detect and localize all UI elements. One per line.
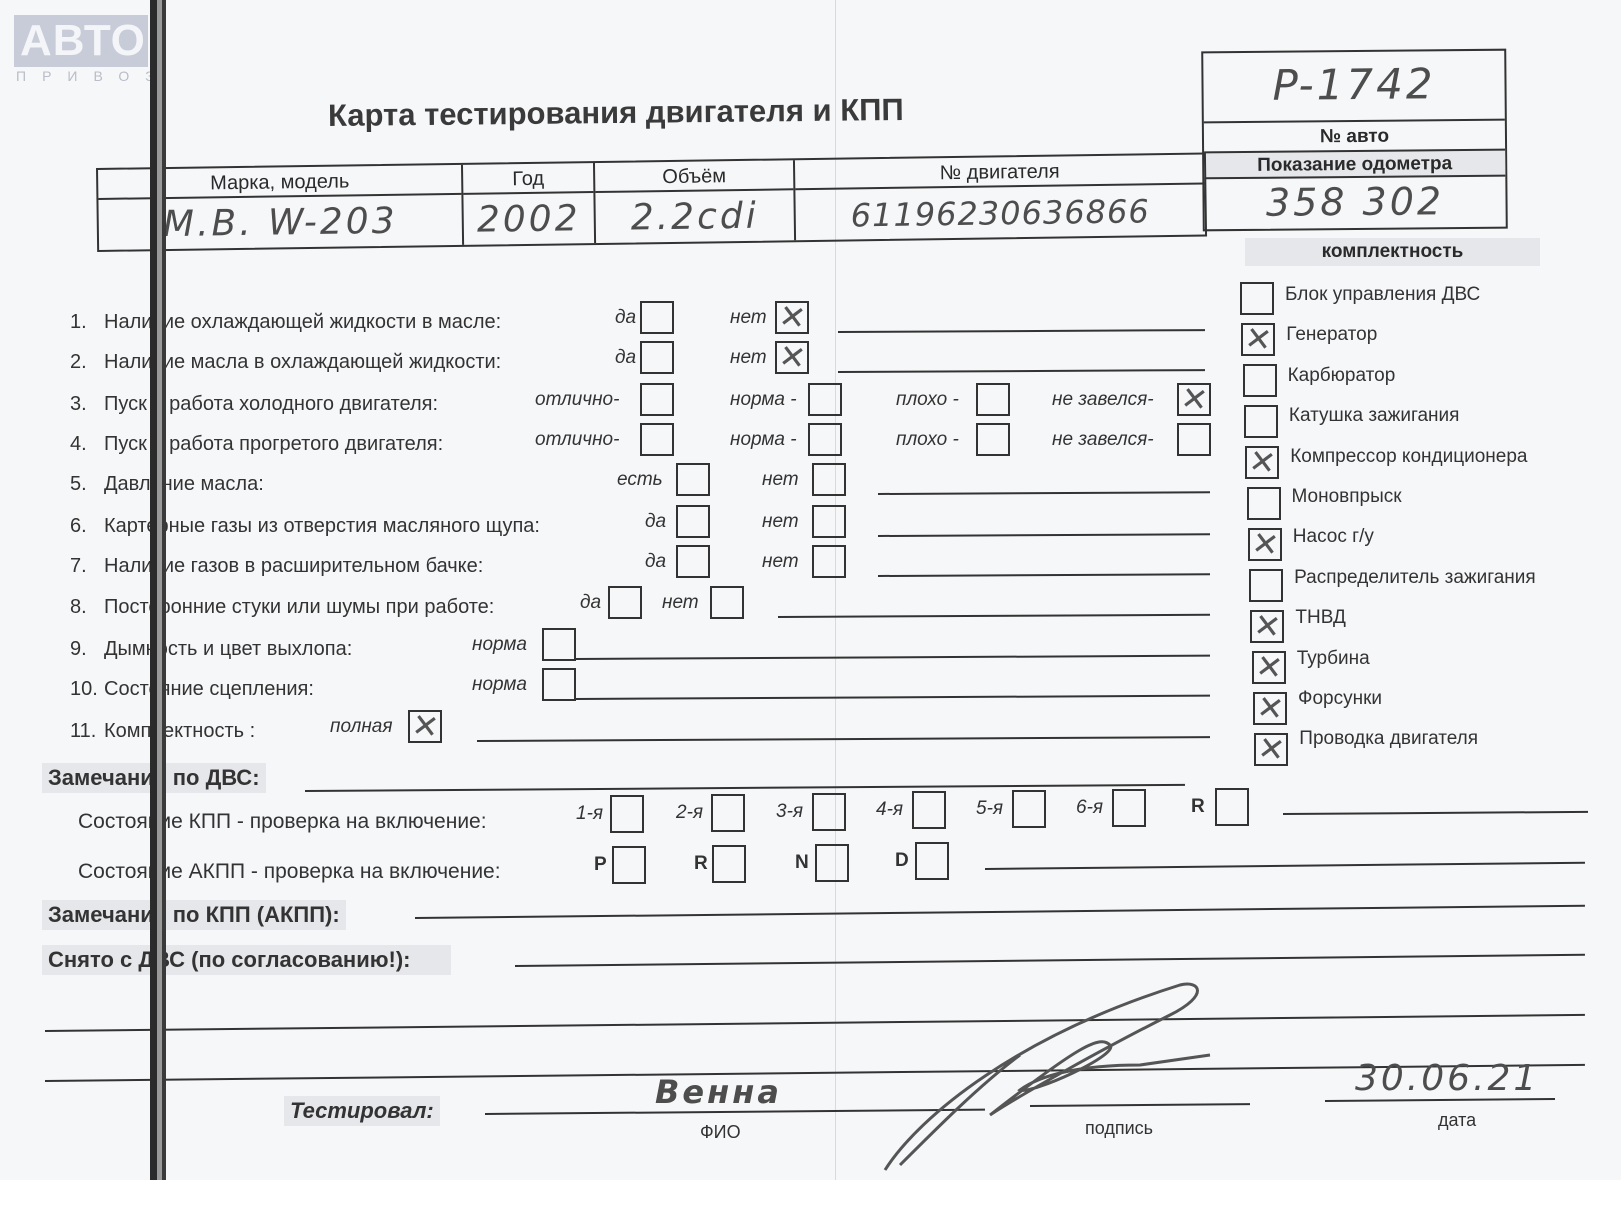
option-checkbox[interactable] bbox=[812, 463, 846, 496]
gear-label: 4-я bbox=[876, 799, 903, 821]
volume-value: 2.2cdi bbox=[595, 190, 794, 245]
signature bbox=[880, 975, 1260, 1175]
komplekt-checkbox[interactable] bbox=[1248, 528, 1282, 561]
question-number: 7. bbox=[70, 555, 104, 578]
option-label: не завелся- bbox=[1052, 389, 1154, 411]
komplekt-checkbox[interactable] bbox=[1254, 733, 1288, 766]
gear-label: P bbox=[594, 854, 607, 876]
option-label: плохо - bbox=[896, 389, 959, 411]
komplekt-item-label: Генератор bbox=[1286, 324, 1377, 346]
option-checkbox[interactable] bbox=[775, 341, 809, 374]
car-col-year: Год 2002 bbox=[463, 163, 596, 245]
notes-line[interactable] bbox=[477, 736, 1210, 742]
extra-line-1[interactable] bbox=[45, 1014, 1585, 1032]
komplekt-checkbox[interactable] bbox=[1244, 405, 1278, 438]
option-label: да bbox=[615, 347, 636, 369]
question-7: 7.Наличие газов в расширительном бачке: bbox=[70, 555, 483, 578]
question-number: 6. bbox=[70, 515, 104, 538]
question-6: 6.Картерные газы из отверстия масляного … bbox=[70, 515, 540, 538]
col-header: Объём bbox=[595, 160, 793, 193]
question-1: 1.Наличие охлаждающей жидкости в масле: bbox=[70, 311, 501, 334]
question-4: 4.Пуск и работа прогретого двигателя: bbox=[70, 433, 443, 456]
logo: АВТО bbox=[14, 15, 148, 67]
option-label: не завелся- bbox=[1052, 429, 1154, 451]
option-checkbox[interactable] bbox=[640, 341, 674, 374]
option-label: нет bbox=[662, 592, 699, 614]
option-checkbox[interactable] bbox=[812, 505, 846, 538]
remarks-kpp-label: Замечания по КПП (АКПП): bbox=[42, 900, 346, 930]
notes-line[interactable] bbox=[778, 614, 1210, 618]
option-checkbox[interactable] bbox=[710, 586, 744, 619]
odometer-value: 358 302 bbox=[1204, 179, 1505, 226]
gear-checkbox[interactable] bbox=[711, 794, 745, 832]
option-checkbox[interactable] bbox=[408, 710, 442, 743]
notes-line[interactable] bbox=[838, 369, 1205, 373]
gear-label: N bbox=[795, 852, 809, 874]
tester-name-value: Венна bbox=[655, 1073, 782, 1111]
option-checkbox[interactable] bbox=[676, 463, 710, 496]
akpp-remarks-line[interactable] bbox=[985, 862, 1585, 870]
option-checkbox[interactable] bbox=[808, 383, 842, 416]
question-number: 8. bbox=[70, 596, 104, 619]
option-label: норма - bbox=[730, 429, 797, 451]
gear-checkbox[interactable] bbox=[612, 846, 646, 884]
extra-line-2[interactable] bbox=[45, 1064, 1585, 1082]
option-checkbox[interactable] bbox=[1177, 423, 1211, 456]
gear-checkbox[interactable] bbox=[815, 844, 849, 882]
remarks-kpp-line[interactable] bbox=[415, 905, 1585, 919]
option-label: полная bbox=[330, 716, 393, 738]
komplekt-checkbox[interactable] bbox=[1249, 569, 1283, 602]
akpp-check-label: Состояние АКПП - проверка на включение: bbox=[78, 860, 501, 884]
notes-line[interactable] bbox=[878, 491, 1210, 495]
odometer-label: Показание одометра bbox=[1204, 149, 1505, 180]
gear-checkbox[interactable] bbox=[610, 795, 644, 833]
gear-checkbox[interactable] bbox=[1215, 788, 1249, 826]
question-text: Дымность и цвет выхлопа: bbox=[104, 638, 352, 660]
option-label: норма bbox=[472, 634, 527, 656]
komplekt-item-label: Распределитель зажигания bbox=[1294, 567, 1536, 589]
gear-label: D bbox=[895, 850, 909, 872]
option-checkbox[interactable] bbox=[640, 301, 674, 334]
question-5: 5.Давление масла: bbox=[70, 473, 264, 496]
komplekt-item-label: Турбина bbox=[1297, 648, 1370, 670]
question-9: 9.Дымность и цвет выхлопа: bbox=[70, 638, 352, 661]
gear-checkbox[interactable] bbox=[812, 793, 846, 831]
car-col-volume: Объём 2.2cdi bbox=[595, 160, 796, 243]
notes-line[interactable] bbox=[575, 655, 1210, 660]
option-label: нет bbox=[730, 307, 767, 329]
notes-line[interactable] bbox=[878, 533, 1210, 537]
option-checkbox[interactable] bbox=[676, 505, 710, 538]
komplekt-checkbox[interactable] bbox=[1243, 364, 1277, 397]
option-label: отлично- bbox=[535, 389, 619, 411]
binder-stripe bbox=[150, 0, 166, 1180]
komplekt-checkbox[interactable] bbox=[1245, 446, 1279, 479]
question-number: 3. bbox=[70, 393, 104, 416]
option-checkbox[interactable] bbox=[976, 423, 1010, 456]
option-label: норма - bbox=[730, 389, 797, 411]
question-text: Картерные газы из отверстия масляного щу… bbox=[104, 515, 540, 537]
logo-text: АВТО bbox=[20, 16, 146, 65]
gear-label: 5-я bbox=[976, 798, 1003, 820]
question-number: 9. bbox=[70, 638, 104, 661]
notes-line[interactable] bbox=[878, 573, 1210, 577]
komplekt-checkbox[interactable] bbox=[1253, 692, 1287, 725]
car-col-engine-number: № двигателя 61196230636866 bbox=[795, 155, 1205, 241]
page-title: Карта тестирования двигателя и КПП bbox=[328, 92, 904, 134]
komplekt-item-label: Катушка зажигания bbox=[1289, 405, 1460, 427]
engine-number-value: 61196230636866 bbox=[795, 185, 1205, 243]
option-checkbox[interactable] bbox=[542, 628, 576, 661]
question-number: 11. bbox=[70, 720, 104, 743]
auto-number-label: № авто bbox=[1204, 119, 1505, 152]
option-checkbox[interactable] bbox=[542, 668, 576, 701]
option-label: да bbox=[645, 551, 666, 573]
option-checkbox[interactable] bbox=[1177, 383, 1211, 416]
gear-label: 1-я bbox=[576, 803, 603, 825]
question-3: 3.Пуск и работа холодного двигателя: bbox=[70, 393, 438, 416]
gear-checkbox[interactable] bbox=[712, 845, 746, 883]
komplekt-item-label: Компрессор кондиционера bbox=[1290, 446, 1527, 468]
option-checkbox[interactable] bbox=[812, 545, 846, 578]
komplekt-item-label: Моновпрыск bbox=[1292, 486, 1402, 508]
komplekt-checkbox[interactable] bbox=[1247, 487, 1281, 520]
removed-from-engine-label: Снято с ДВС (по согласованию!): bbox=[42, 945, 451, 975]
logo-subtitle: ПРИВОЗ bbox=[16, 68, 170, 84]
gear-label: R bbox=[694, 853, 708, 875]
kpp-check-label: Состояние КПП - проверка на включение: bbox=[78, 810, 487, 834]
komplekt-item-label: Проводка двигателя bbox=[1299, 728, 1478, 750]
option-checkbox[interactable] bbox=[808, 423, 842, 456]
option-label: да bbox=[645, 511, 666, 533]
option-label: да bbox=[580, 592, 601, 614]
komplekt-item-label: Форсунки bbox=[1298, 688, 1382, 710]
option-label: нет bbox=[762, 469, 799, 491]
option-checkbox[interactable] bbox=[976, 383, 1010, 416]
page-margin bbox=[0, 1180, 1621, 1216]
komplektnost-header: комплектность bbox=[1245, 238, 1540, 266]
option-label: отлично- bbox=[535, 429, 619, 451]
gear-label: 6-я bbox=[1076, 797, 1103, 819]
option-label: есть bbox=[617, 469, 663, 491]
removed-line[interactable] bbox=[515, 954, 1585, 967]
date-label: дата bbox=[1438, 1110, 1476, 1131]
gear-checkbox[interactable] bbox=[912, 791, 946, 829]
option-label: да bbox=[615, 307, 636, 329]
question-number: 5. bbox=[70, 473, 104, 496]
question-2: 2.Наличие масла в охлаждающей жидкости: bbox=[70, 351, 501, 374]
year-value: 2002 bbox=[463, 193, 594, 247]
col-header: Год bbox=[463, 163, 593, 195]
kpp-remarks-line[interactable] bbox=[1283, 811, 1588, 815]
car-info-table: Марка, модель M.B. W-203 Год 2002 Объём … bbox=[96, 153, 1207, 252]
option-label: норма bbox=[472, 674, 527, 696]
komplekt-item-label: Карбюратор bbox=[1288, 365, 1396, 387]
komplekt-checkbox[interactable] bbox=[1252, 651, 1286, 684]
option-checkbox[interactable] bbox=[640, 383, 674, 416]
komplekt-checkbox[interactable] bbox=[1241, 323, 1275, 356]
notes-line[interactable] bbox=[575, 695, 1210, 700]
option-checkbox[interactable] bbox=[676, 545, 710, 578]
option-checkbox[interactable] bbox=[608, 586, 642, 619]
question-number: 10. bbox=[70, 678, 104, 701]
gear-label: R bbox=[1191, 796, 1205, 818]
komplekt-item-label: ТНВД bbox=[1295, 607, 1345, 629]
auto-number-value: P-1742 bbox=[1203, 59, 1504, 111]
question-text: Давление масла: bbox=[104, 473, 264, 495]
option-checkbox[interactable] bbox=[775, 301, 809, 334]
tested-by-label: Тестировал: bbox=[284, 1096, 440, 1126]
option-label: нет bbox=[762, 551, 799, 573]
option-label: нет bbox=[730, 347, 767, 369]
question-8: 8.Посторонние стуки или шумы при работе: bbox=[70, 596, 494, 619]
fio-label: ФИО bbox=[700, 1122, 741, 1143]
date-value: 30.06.21 bbox=[1355, 1058, 1539, 1099]
option-label: плохо - bbox=[896, 429, 959, 451]
auto-info-box: P-1742 № авто Показание одометра 358 302 bbox=[1201, 49, 1508, 232]
komplekt-item-label: Насос г/у bbox=[1293, 526, 1374, 548]
gear-label: 3-я bbox=[776, 801, 803, 823]
gear-checkbox[interactable] bbox=[1012, 790, 1046, 828]
question-text: Состояние сцепления: bbox=[104, 678, 314, 700]
question-10: 10.Состояние сцепления: bbox=[70, 678, 314, 701]
gear-checkbox[interactable] bbox=[915, 842, 949, 880]
gear-checkbox[interactable] bbox=[1112, 789, 1146, 827]
komplekt-checkbox[interactable] bbox=[1240, 282, 1274, 315]
option-label: нет bbox=[762, 511, 799, 533]
question-text: Комплектность : bbox=[104, 720, 255, 742]
question-number: 1. bbox=[70, 311, 104, 334]
komplekt-checkbox[interactable] bbox=[1250, 610, 1284, 643]
option-checkbox[interactable] bbox=[640, 423, 674, 456]
question-number: 2. bbox=[70, 351, 104, 374]
komplekt-item-label: Блок управления ДВС bbox=[1285, 284, 1480, 306]
gear-label: 2-я bbox=[676, 802, 703, 824]
notes-line[interactable] bbox=[838, 329, 1205, 333]
scanned-page: АВТО ПРИВОЗ Карта тестирования двигателя… bbox=[0, 0, 1621, 1180]
question-number: 4. bbox=[70, 433, 104, 456]
signature-label: подпись bbox=[1085, 1118, 1153, 1139]
remarks-engine-line[interactable] bbox=[305, 784, 1185, 792]
